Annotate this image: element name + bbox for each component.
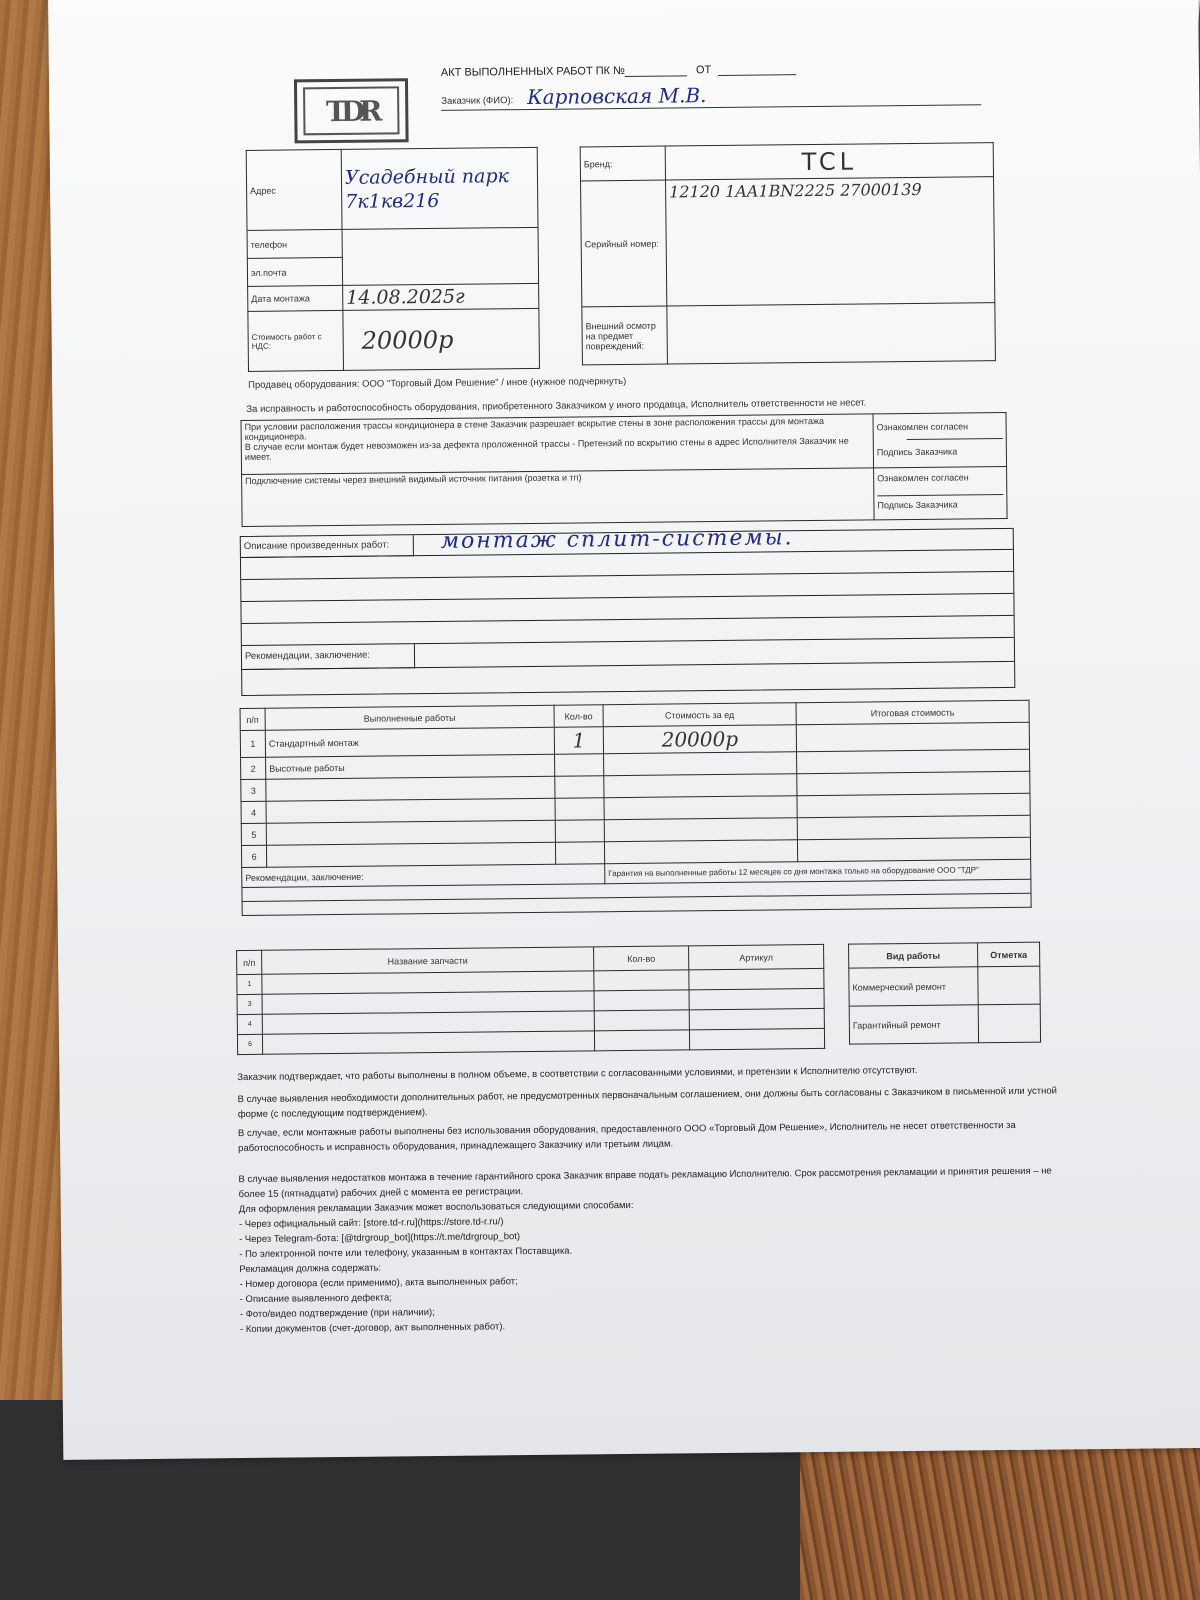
part-qty[interactable] bbox=[594, 1030, 689, 1051]
act-date-field[interactable] bbox=[718, 62, 796, 76]
work-qty[interactable] bbox=[555, 776, 604, 799]
row-number: 4 bbox=[241, 801, 266, 823]
claims-intro: В случае выявления недостатков монтажа в… bbox=[238, 1163, 1058, 1202]
parts-table: п/п Название запчасти Кол-во Артикул 134… bbox=[236, 944, 825, 1055]
row-number: 1 bbox=[240, 730, 265, 757]
tdr-logo: TDR bbox=[294, 78, 409, 143]
col-header-unit-price: Стоимость за ед bbox=[603, 703, 796, 727]
work-type-warranty: Гарантийный ремонт bbox=[849, 1005, 978, 1044]
col-header-works: Выполненные работы bbox=[265, 705, 554, 730]
work-total[interactable] bbox=[797, 793, 1030, 817]
serial-value[interactable]: 12120 1AA1BN2225 27000139 bbox=[666, 177, 995, 306]
customer-name-value[interactable]: Карповская М.В. bbox=[527, 83, 707, 109]
document-title-line: АКТ ВЫПОЛНЕННЫХ РАБОТ ПК № ОТ bbox=[441, 62, 797, 79]
recommendations-label: Рекомендации, заключение: bbox=[245, 650, 370, 662]
work-type-col: Вид работы bbox=[849, 943, 978, 968]
part-qty[interactable] bbox=[594, 970, 689, 991]
col-header-total: Итоговая стоимость bbox=[796, 700, 1029, 724]
work-name[interactable]: Высотные работы bbox=[266, 754, 555, 779]
address-value[interactable]: Усадебный парк 7к1кв216 bbox=[341, 147, 538, 229]
act-number-field[interactable] bbox=[625, 63, 687, 77]
inspection-value[interactable] bbox=[667, 303, 996, 364]
works-table: п/п Выполненные работы Кол-во Стоимость … bbox=[240, 700, 1032, 916]
work-total[interactable] bbox=[796, 722, 1029, 751]
work-qty[interactable] bbox=[555, 820, 604, 843]
work-total[interactable] bbox=[797, 837, 1030, 861]
part-number: 4 bbox=[237, 1014, 262, 1034]
brand-label: Бренд: bbox=[580, 146, 665, 181]
agree-label: Ознакомлен согласен bbox=[877, 468, 1003, 487]
part-qty[interactable] bbox=[594, 1010, 689, 1031]
email-label: эл.почта bbox=[247, 257, 342, 286]
description-value[interactable]: монтаж сплит-системы. bbox=[441, 525, 794, 554]
date-from-label: ОТ bbox=[696, 64, 711, 76]
part-article[interactable] bbox=[689, 988, 824, 1009]
row-number: 6 bbox=[241, 845, 266, 867]
work-unit-price[interactable] bbox=[604, 796, 797, 820]
part-name[interactable] bbox=[262, 1031, 594, 1054]
claims-content-item: - Копии документов (счет-договор, акт вы… bbox=[240, 1319, 505, 1337]
part-article[interactable] bbox=[689, 968, 824, 989]
mark-col: Отметка bbox=[978, 942, 1040, 967]
description-section: Описание произведенных работ: монтаж спл… bbox=[240, 528, 1016, 696]
row-number: 3 bbox=[241, 779, 266, 801]
consent-text-power-source: Подключение системы через внешний видимы… bbox=[242, 468, 875, 527]
mark-warranty-checkbox[interactable] bbox=[978, 1004, 1040, 1043]
inspection-label: Внешний осмотр на предмет повреждений: bbox=[582, 306, 668, 365]
install-date-label: Дата монтажа bbox=[248, 285, 343, 311]
seller-line: Продавец оборудования: ООО "Торговый Дом… bbox=[248, 376, 626, 391]
consent-row: Подключение системы через внешний видимы… bbox=[242, 466, 1008, 526]
description-label: Описание произведенных работ: bbox=[244, 539, 389, 552]
work-qty[interactable] bbox=[555, 842, 604, 865]
work-total[interactable] bbox=[797, 771, 1030, 795]
row-number: 5 bbox=[241, 823, 266, 845]
work-unit-price[interactable] bbox=[604, 840, 797, 864]
logo-mark: TDR bbox=[303, 86, 399, 135]
act-document-sheet: TDR АКТ ВЫПОЛНЕННЫХ РАБОТ ПК № ОТ Заказч… bbox=[48, 0, 1200, 1460]
work-name[interactable]: Стандартный монтаж bbox=[265, 727, 554, 757]
address-label: Адрес bbox=[246, 149, 342, 230]
phone-label: телефон bbox=[247, 229, 342, 258]
part-article[interactable] bbox=[689, 1008, 824, 1029]
parts-col-qty: Кол-во bbox=[594, 946, 689, 971]
parts-col-article: Артикул bbox=[689, 944, 824, 969]
work-total[interactable] bbox=[797, 749, 1030, 773]
sign-label: Подпись Заказчика bbox=[877, 439, 1003, 464]
part-number: 1 bbox=[237, 974, 262, 994]
work-type-table: Вид работы Отметка Коммерческий ремонт Г… bbox=[848, 942, 1041, 1045]
parts-col-number: п/п bbox=[237, 950, 262, 974]
work-unit-price[interactable] bbox=[604, 818, 797, 842]
parts-col-name: Название запчасти bbox=[262, 947, 594, 974]
document-title: АКТ ВЫПОЛНЕННЫХ РАБОТ ПК № bbox=[441, 65, 625, 79]
part-qty[interactable] bbox=[594, 990, 689, 1011]
customer-line: Заказчик (ФИО): Карповская М.В. bbox=[441, 82, 981, 111]
install-date-value[interactable]: 14.08.2025г bbox=[343, 283, 539, 310]
work-qty[interactable] bbox=[555, 754, 604, 777]
consent-row: При условии расположения трассы кондицио… bbox=[241, 412, 1007, 474]
work-unit-price[interactable]: 20000р bbox=[603, 725, 796, 754]
col-header-qty: Кол-во bbox=[554, 705, 603, 728]
term-third-party-equipment: В случае, если монтажные работы выполнен… bbox=[238, 1117, 1058, 1156]
brand-value[interactable]: TCL bbox=[665, 143, 993, 180]
work-unit-price[interactable] bbox=[604, 774, 797, 798]
phone-email-value[interactable] bbox=[342, 227, 539, 285]
term-confirmation: Заказчик подтверждает, что работы выполн… bbox=[237, 1061, 1057, 1085]
sign-label: Подпись Заказчика bbox=[877, 495, 1003, 514]
work-total[interactable] bbox=[797, 815, 1030, 839]
work-name[interactable] bbox=[266, 798, 555, 823]
row-number: 2 bbox=[241, 757, 266, 779]
work-unit-price[interactable] bbox=[604, 752, 797, 776]
claims-method-email-phone: - По электронной почте или телефону, ука… bbox=[239, 1244, 572, 1262]
col-header-number: п/п bbox=[240, 708, 265, 730]
consent-text-wall-opening: При условии расположения трассы кондицио… bbox=[241, 414, 874, 475]
serial-label: Серийный номер: bbox=[581, 180, 667, 307]
part-number: 6 bbox=[237, 1034, 262, 1054]
part-article[interactable] bbox=[689, 1028, 824, 1049]
work-name[interactable] bbox=[266, 776, 555, 801]
claims-contents-label: Рекламация должна содержать: bbox=[239, 1261, 381, 1277]
work-type-commercial: Коммерческий ремонт bbox=[849, 967, 978, 1006]
part-number: 3 bbox=[237, 994, 262, 1014]
liability-note: За исправность и работоспособность обору… bbox=[246, 397, 866, 414]
claims-content-item: - Описание выявленного дефекта; bbox=[240, 1290, 392, 1307]
client-info-table: Адрес Усадебный парк 7к1кв216 телефон эл… bbox=[246, 147, 540, 372]
consent-sign-cell[interactable]: Ознакомлен согласен Подпись Заказчика bbox=[873, 412, 1007, 467]
cost-value[interactable]: 20000р bbox=[343, 308, 540, 370]
work-name[interactable] bbox=[266, 820, 555, 845]
claims-content-item: - Номер договора (если применимо), акта … bbox=[239, 1274, 517, 1292]
work-qty[interactable]: 1 bbox=[554, 727, 603, 755]
work-name[interactable] bbox=[266, 842, 555, 867]
consent-table: При условии расположения трассы кондицио… bbox=[241, 412, 1008, 527]
term-additional-works: В случае выявления необходимости дополни… bbox=[238, 1083, 1058, 1122]
agree-label: Ознакомлен согласен bbox=[876, 414, 1002, 439]
customer-label: Заказчик (ФИО): bbox=[441, 95, 513, 107]
consent-sign-cell[interactable]: Ознакомлен согласен Подпись Заказчика bbox=[874, 466, 1008, 519]
cost-label: Стоимость работ с НДС: bbox=[248, 310, 344, 371]
equipment-info-table: Бренд: TCL Серийный номер: 12120 1AA1BN2… bbox=[580, 142, 996, 365]
mark-commercial-checkbox[interactable] bbox=[978, 966, 1040, 1005]
work-qty[interactable] bbox=[555, 798, 604, 821]
